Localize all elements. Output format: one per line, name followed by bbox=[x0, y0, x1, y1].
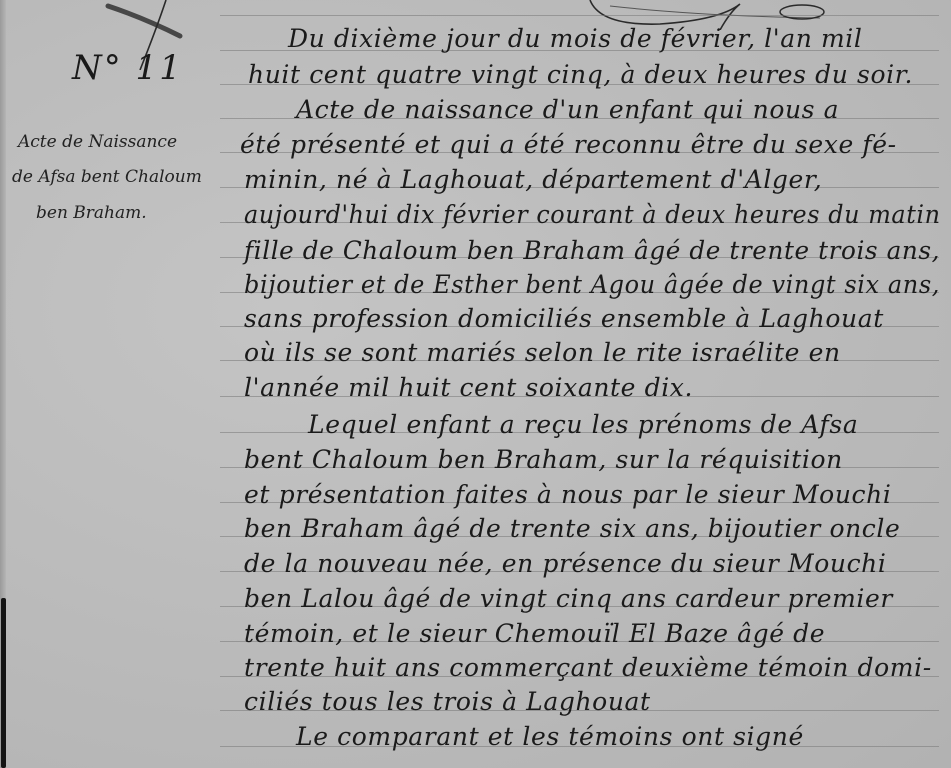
body-line-18: témoin, et le sieur Chemouïl El Baze âgé… bbox=[244, 619, 825, 648]
body-line-10: où ils se sont mariés selon le rite isra… bbox=[244, 338, 841, 367]
register-page: N° 11 Acte de Naissance de Afsa bent Cha… bbox=[0, 0, 951, 768]
body-line-19: trente huit ans commerçant deuxième témo… bbox=[244, 653, 932, 682]
body-line-9: sans profession domiciliés ensemble à La… bbox=[244, 304, 884, 333]
body-line-1: Du dixième jour du mois de février, l'an… bbox=[288, 24, 862, 53]
body-line-14: et présentation faites à nous par le sie… bbox=[244, 480, 891, 509]
entry-number: N° 11 bbox=[72, 48, 183, 88]
body-line-7: fille de Chaloum ben Braham âgé de trent… bbox=[244, 236, 940, 265]
body-line-6: aujourd'hui dix février courant à deux h… bbox=[244, 200, 941, 229]
binding-mark bbox=[1, 598, 6, 768]
body-line-16: de la nouveau née, en présence du sieur … bbox=[244, 549, 886, 578]
margin-note-line-3: ben Braham. bbox=[36, 203, 147, 223]
margin-note-line-2: de Afsa bent Chaloum bbox=[12, 167, 202, 187]
body-line-15: ben Braham âgé de trente six ans, bijout… bbox=[244, 514, 900, 543]
body-line-8: bijoutier et de Esther bent Agou âgée de… bbox=[244, 270, 940, 299]
body-line-4: été présenté et qui a été reconnu être d… bbox=[240, 130, 897, 159]
body-line-13: bent Chaloum ben Braham, sur la réquisit… bbox=[244, 445, 843, 474]
margin-note-line-1: Acte de Naissance bbox=[18, 132, 177, 152]
body-line-5: minin, né à Laghouat, département d'Alge… bbox=[244, 165, 822, 194]
body-line-20: ciliés tous les trois à Laghouat bbox=[244, 687, 651, 716]
body-line-2: huit cent quatre vingt cinq, à deux heur… bbox=[248, 60, 913, 89]
body-line-11: l'année mil huit cent soixante dix. bbox=[244, 373, 693, 402]
body-line-21: Le comparant et les témoins ont signé bbox=[296, 722, 804, 751]
body-line-12: Lequel enfant a reçu les prénoms de Afsa bbox=[308, 410, 858, 439]
body-line-3: Acte de naissance d'un enfant qui nous a bbox=[296, 95, 839, 124]
body-line-17: ben Lalou âgé de vingt cinq ans cardeur … bbox=[244, 584, 893, 613]
